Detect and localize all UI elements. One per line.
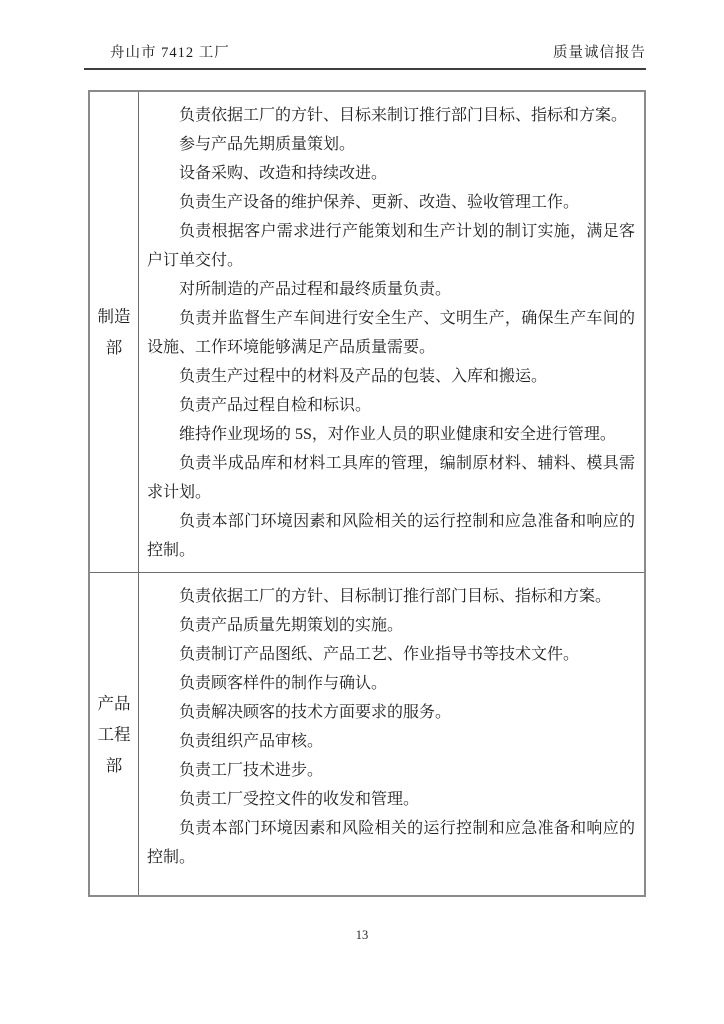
duty-paragraph: 负责本部门环境因素和风险相关的运行控制和应急准备和响应的控制。 <box>147 814 635 872</box>
duty-paragraph: 负责依据工厂的方针、目标来制订推行部门目标、指标和方案。 <box>147 101 635 130</box>
document-page: 舟山市 7412 工厂 质量诚信报告 制造部负责依据工厂的方针、目标来制订推行部… <box>0 0 724 1024</box>
duty-paragraph: 负责并监督生产车间进行安全生产、文明生产，确保生产车间的设施、工作环境能够满足产… <box>147 304 635 362</box>
duty-paragraph: 负责组织产品审核。 <box>147 727 635 756</box>
duty-paragraph: 负责产品质量先期策划的实施。 <box>147 611 635 640</box>
duty-paragraph: 负责产品过程自检和标识。 <box>147 391 635 420</box>
department-cell: 产品工程部 <box>89 573 139 897</box>
duties-table: 制造部负责依据工厂的方针、目标来制订推行部门目标、指标和方案。参与产品先期质量策… <box>88 90 646 897</box>
duty-paragraph: 负责本部门环境因素和风险相关的运行控制和应急准备和响应的控制。 <box>147 507 635 565</box>
table-row: 制造部负责依据工厂的方针、目标来制订推行部门目标、指标和方案。参与产品先期质量策… <box>89 91 645 573</box>
duty-paragraph: 负责制订产品图纸、产品工艺、作业指导书等技术文件。 <box>147 640 635 669</box>
page-header: 舟山市 7412 工厂 质量诚信报告 <box>84 44 646 70</box>
duty-paragraph: 负责生产设备的维护保养、更新、改造、验收管理工作。 <box>147 188 635 217</box>
header-company-name: 舟山市 7412 工厂 <box>84 44 230 62</box>
department-label: 产品工程部 <box>97 688 132 781</box>
table-row: 产品工程部负责依据工厂的方针、目标制订推行部门目标、指标和方案。负责产品质量先期… <box>89 573 645 897</box>
duty-paragraph: 负责根据客户需求进行产能策划和生产计划的制订实施，满足客户订单交付。 <box>147 217 635 275</box>
duty-paragraph: 负责顾客样件的制作与确认。 <box>147 669 635 698</box>
duty-paragraph: 负责半成品库和材料工具库的管理，编制原材料、辅料、模具需求计划。 <box>147 449 635 507</box>
duty-paragraph: 负责依据工厂的方针、目标制订推行部门目标、指标和方案。 <box>147 582 635 611</box>
duty-paragraph: 负责生产过程中的材料及产品的包装、入库和搬运。 <box>147 362 635 391</box>
duty-paragraph: 参与产品先期质量策划。 <box>147 130 635 159</box>
department-label: 制造部 <box>97 301 132 363</box>
duties-cell: 负责依据工厂的方针、目标来制订推行部门目标、指标和方案。参与产品先期质量策划。设… <box>139 91 646 573</box>
header-report-title: 质量诚信报告 <box>553 44 646 62</box>
duty-paragraph: 对所制造的产品过程和最终质量负责。 <box>147 275 635 304</box>
duty-paragraph: 负责解决顾客的技术方面要求的服务。 <box>147 698 635 727</box>
department-cell: 制造部 <box>89 91 139 573</box>
duty-paragraph: 负责工厂受控文件的收发和管理。 <box>147 785 635 814</box>
page-footer: 13 <box>0 928 724 943</box>
duty-paragraph: 设备采购、改造和持续改进。 <box>147 159 635 188</box>
duty-paragraph: 负责工厂技术进步。 <box>147 756 635 785</box>
page-number: 13 <box>356 928 369 942</box>
responsibilities-table-wrap: 制造部负责依据工厂的方针、目标来制订推行部门目标、指标和方案。参与产品先期质量策… <box>88 90 646 897</box>
duty-paragraph: 维持作业现场的 5S，对作业人员的职业健康和安全进行管理。 <box>147 420 635 449</box>
duties-cell: 负责依据工厂的方针、目标制订推行部门目标、指标和方案。负责产品质量先期策划的实施… <box>139 573 646 897</box>
